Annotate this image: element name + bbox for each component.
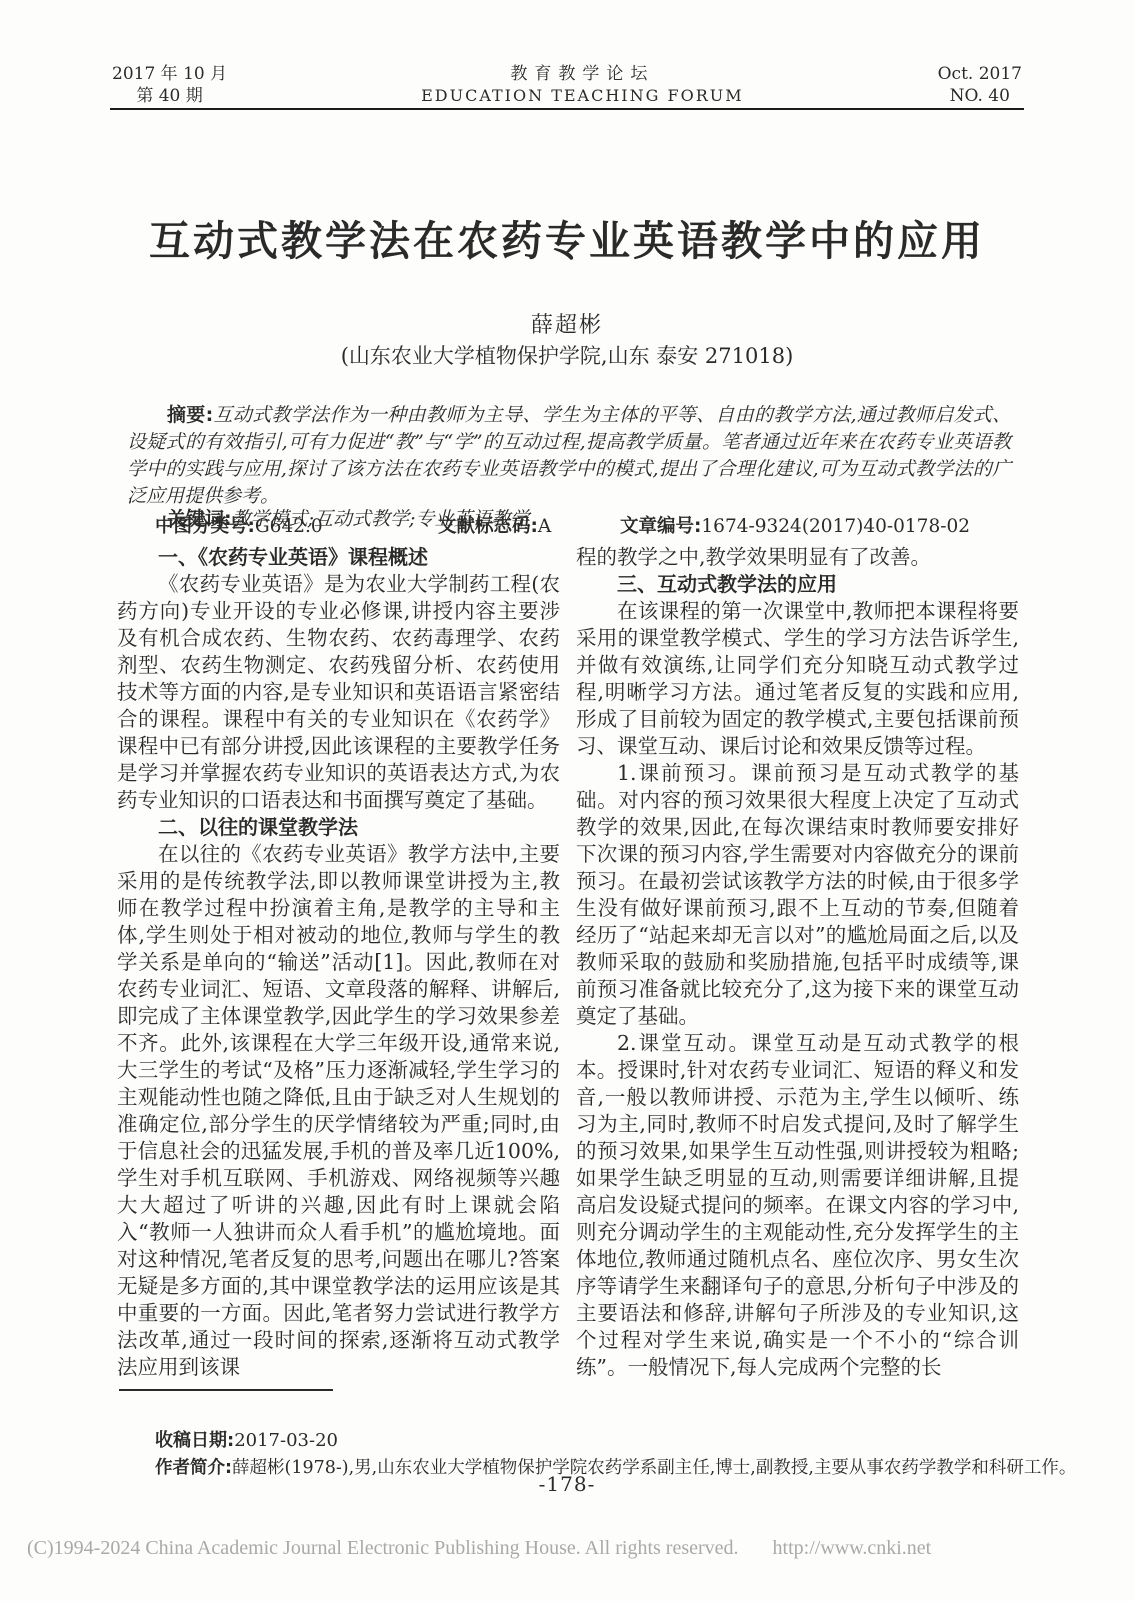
clc-value: G642.0 <box>255 516 323 537</box>
section-heading-3: 三、互动式教学法的应用 <box>576 571 1019 598</box>
article-id-segment: 文章编号:1674-9324(2017)40-0178-02 <box>620 516 970 537</box>
section-3-paragraph-3: 2.课堂互动。课堂互动是互动式教学的根本。授课时,针对农药专业词汇、短语的释义和… <box>576 1030 1019 1381</box>
author-name: 薛超彬 <box>0 308 1134 339</box>
author-affiliation: (山东农业大学植物保护学院,山东 泰安 271018) <box>0 340 1134 370</box>
header-divider <box>110 108 1024 110</box>
article-id-value: 1674-9324(2017)40-0178-02 <box>701 516 970 537</box>
section-3-paragraph-2: 1.课前预习。课前预习是互动式教学的基础。对内容的预习效果很大程度上决定了互动式… <box>576 760 1019 1030</box>
journal-name-en: EDUCATION TEACHING FORUM <box>421 85 744 107</box>
journal-header: 2017 年 10 月 第 40 期 教育教学论坛 EDUCATION TEAC… <box>112 63 1022 107</box>
right-column: 程的教学之中,教学效果明显有了改善。 三、互动式教学法的应用 在该课程的第一次课… <box>576 544 1019 1381</box>
section-heading-2: 二、以往的课堂教学法 <box>117 814 560 841</box>
journal-page: 2017 年 10 月 第 40 期 教育教学论坛 EDUCATION TEAC… <box>0 0 1134 1601</box>
classification-line: 中图分类号:G642.0文献标志码:A文章编号:1674-9324(2017)4… <box>155 512 1021 538</box>
article-title: 互动式教学法在农药专业英语教学中的应用 <box>0 208 1134 267</box>
received-date-value: 2017-03-20 <box>234 1430 338 1451</box>
copyright-notice: (C)1994-2024 China Academic Journal Elec… <box>27 1537 739 1559</box>
doc-code-value: A <box>538 516 551 537</box>
abstract: 摘要:互动式教学法作为一种由教师为主导、学生为主体的平等、自由的教学方法,通过教… <box>127 402 1011 510</box>
article-id-label: 文章编号: <box>620 516 701 537</box>
journal-name-cn: 教育教学论坛 <box>421 63 744 85</box>
clc-label: 中图分类号: <box>155 516 255 537</box>
header-issue-cn: 2017 年 10 月 第 40 期 <box>112 63 227 107</box>
abstract-label: 摘要: <box>167 404 213 426</box>
footnote-divider <box>119 1389 333 1391</box>
header-date-cn: 2017 年 10 月 <box>112 63 227 85</box>
header-issue-number-en: NO. 40 <box>938 85 1022 107</box>
header-date-en: Oct. 2017 <box>938 63 1022 85</box>
section-2-paragraph-continued: 程的教学之中,教学效果明显有了改善。 <box>576 544 1019 571</box>
body-columns: 一、《农药专业英语》课程概述 《农药专业英语》是为农业大学制药工程(农药方向)专… <box>117 544 1019 1381</box>
doc-code-label: 文献标志码: <box>438 516 538 537</box>
abstract-text: 互动式教学法作为一种由教师为主导、学生为主体的平等、自由的教学方法,通过教师启发… <box>127 404 1011 507</box>
page-number: -178- <box>0 1472 1134 1496</box>
section-1-paragraph: 《农药专业英语》是为农业大学制药工程(农药方向)专业开设的专业必修课,讲授内容主… <box>117 571 560 814</box>
section-3-paragraph-1: 在该课程的第一次课堂中,教师把本课程将要采用的课堂教学模式、学生的学习方法告诉学… <box>576 598 1019 760</box>
header-issue-number-cn: 第 40 期 <box>112 85 227 107</box>
received-date-label: 收稿日期: <box>155 1430 234 1451</box>
cnki-url: http://www.cnki.net <box>773 1537 932 1559</box>
header-journal-name: 教育教学论坛 EDUCATION TEACHING FORUM <box>421 63 744 107</box>
clc-segment: 中图分类号:G642.0 <box>155 512 438 538</box>
section-heading-1: 一、《农药专业英语》课程概述 <box>117 544 560 571</box>
copyright-strip: (C)1994-2024 China Academic Journal Elec… <box>27 1537 1117 1560</box>
received-date-line: 收稿日期:2017-03-20 <box>155 1426 338 1452</box>
left-column: 一、《农药专业英语》课程概述 《农药专业英语》是为农业大学制药工程(农药方向)专… <box>117 544 560 1381</box>
doc-code-segment: 文献标志码:A <box>438 512 620 538</box>
section-2-paragraph: 在以往的《农药专业英语》教学方法中,主要采用的是传统教学法,即以教师课堂讲授为主… <box>117 841 560 1381</box>
header-issue-en: Oct. 2017 NO. 40 <box>938 63 1022 107</box>
